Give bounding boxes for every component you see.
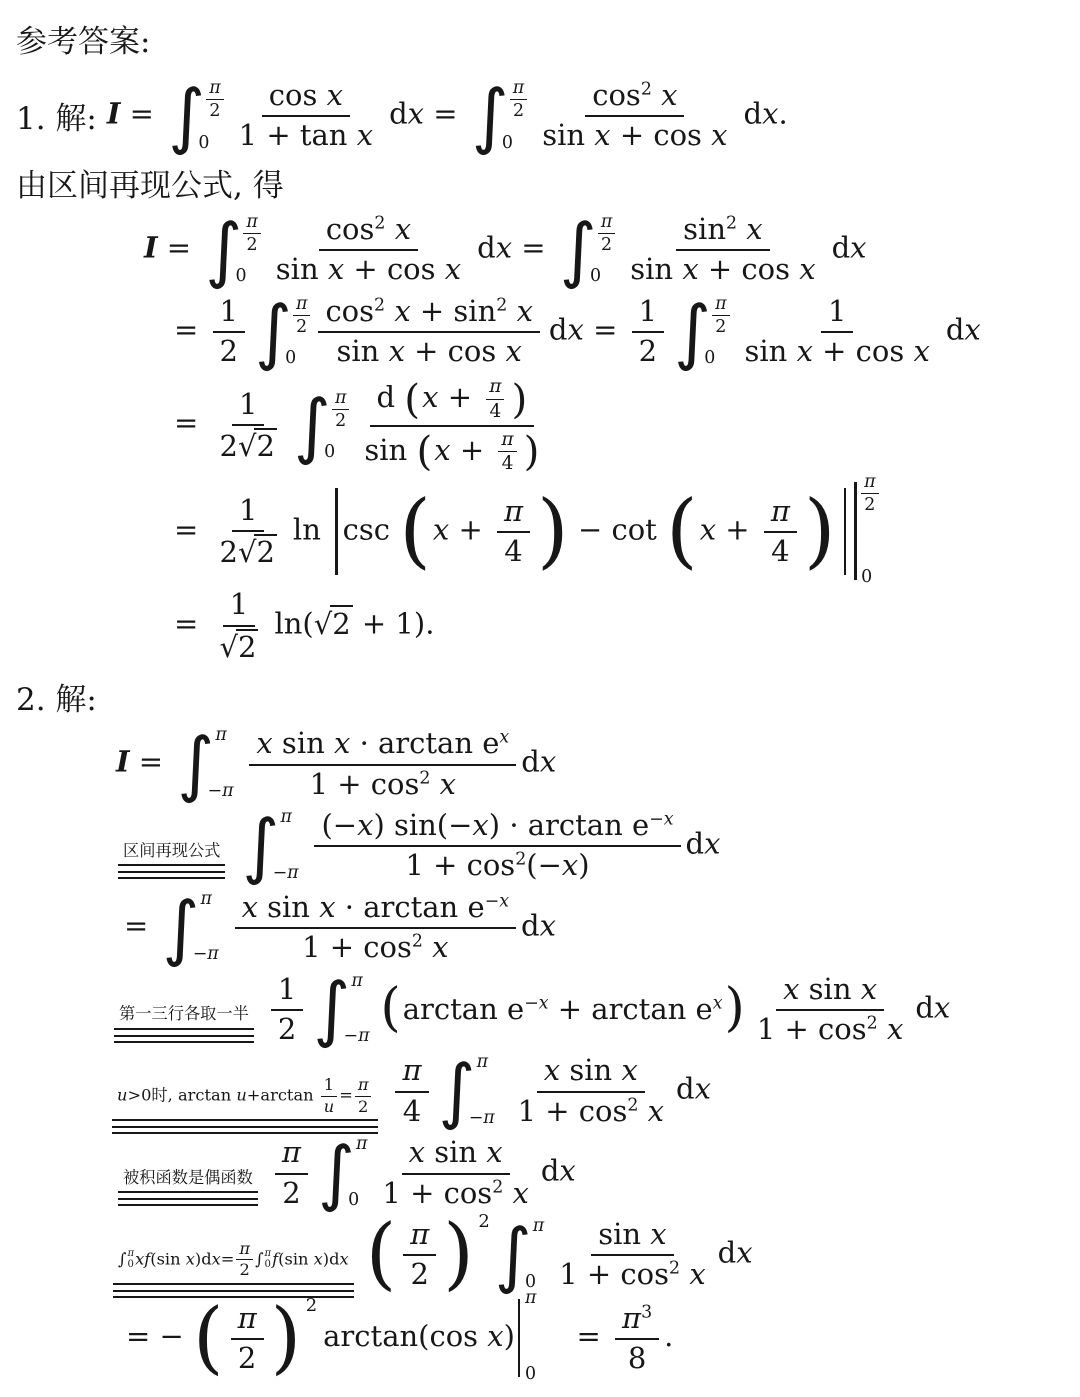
numerator: π xyxy=(275,1135,308,1174)
denominator: 1 + cos2 x xyxy=(552,1256,712,1291)
math-text xyxy=(638,1094,647,1128)
math-text: 2 xyxy=(515,850,526,870)
numerator: π xyxy=(293,294,310,316)
math-text: 2 xyxy=(238,630,256,664)
math-text: 2 xyxy=(639,334,657,368)
numerator: d (x + π4) xyxy=(370,375,535,427)
fraction: π2 xyxy=(403,1217,436,1292)
fraction: 1sin x + cos x xyxy=(738,294,937,369)
paren-group: (x + π4) xyxy=(416,429,539,475)
math-text: + cos xyxy=(813,334,914,368)
integral: ∫π−π xyxy=(439,1053,503,1128)
eq-row-d: = 12√2ln csc (x + π4) − cot (x + π4)π20 xyxy=(174,482,1064,581)
numerator: x sin x xyxy=(537,1053,645,1092)
math-text: sin xyxy=(683,212,726,246)
integral-limits: π0 xyxy=(533,1217,544,1292)
math-variable: x xyxy=(328,252,344,286)
math-text: 1 xyxy=(324,1075,334,1094)
math-text: . xyxy=(778,96,787,130)
fraction: π2 xyxy=(355,1076,372,1116)
math-text: = xyxy=(339,1086,353,1105)
fraction: x sin x · arctan e−x1 + cos2 x xyxy=(235,890,516,965)
fraction: π2 xyxy=(510,78,527,121)
math-text: + sin xyxy=(411,294,497,328)
math-variable: x xyxy=(664,809,674,829)
square-root: √2 xyxy=(238,428,277,463)
math-text: 2 xyxy=(492,1177,503,1197)
double-equals-line xyxy=(112,1126,378,1134)
eq-row-h: = ∫π−πx sin x · arctan e−x1 + cos2 xdx xyxy=(124,890,1064,965)
math-text: = xyxy=(174,406,208,440)
math-text: 0 xyxy=(265,1259,271,1270)
math-variable: x xyxy=(334,726,350,760)
math-variable: x xyxy=(432,930,448,964)
math-text xyxy=(507,294,516,328)
math-variable: x xyxy=(499,891,509,911)
powered-group: (π2)2 xyxy=(366,1217,490,1292)
radicand: 2 xyxy=(254,534,276,569)
math-text: 0 xyxy=(704,348,715,368)
math-text: arctan(cos xyxy=(323,1319,487,1353)
math-variable: x xyxy=(340,1249,349,1268)
upper-limit: π xyxy=(477,1053,503,1072)
math-text: + xyxy=(449,512,492,546)
math-text: 0 xyxy=(127,1259,133,1270)
math-text: 第一三行各取一半 xyxy=(119,1004,249,1023)
math-text: = − xyxy=(126,1319,193,1353)
numerator: π xyxy=(764,494,797,533)
math-text: 2 xyxy=(238,1341,256,1375)
open-paren: ( xyxy=(193,1310,224,1366)
math-text: 2 xyxy=(278,1012,296,1046)
power-base: (π2) xyxy=(193,1301,301,1376)
fraction: sin2 xsin x + cos x xyxy=(623,212,822,287)
fraction: π2 xyxy=(861,472,878,515)
eq-row-m: = − (π2)2arctan(cos x)π0 = π38. xyxy=(126,1299,1064,1377)
close-paren: ) xyxy=(804,502,836,560)
numerator: 1 xyxy=(232,387,264,426)
math-text xyxy=(878,1012,887,1046)
math-variable: π xyxy=(501,429,513,450)
group-content: π2 xyxy=(398,1217,441,1292)
math-variable: π xyxy=(222,781,233,801)
fraction: (−x) sin(−x) · arctan e−x1 + cos2(−x) xyxy=(314,808,680,883)
math-variable: x xyxy=(736,1235,752,1269)
math-text: 2 xyxy=(419,768,430,788)
math-variable: x xyxy=(472,808,488,842)
lower-limit: 0 xyxy=(590,267,607,286)
integral: ∫π20 xyxy=(674,294,729,369)
math-text: 1 + cos xyxy=(405,848,515,882)
math-variable: π xyxy=(238,1301,257,1335)
evaluation-bar: π0 xyxy=(518,1299,567,1377)
numerator: π xyxy=(231,1301,264,1340)
math-variable: x xyxy=(661,78,677,112)
math-text: 1 + cos xyxy=(757,1012,867,1046)
denominator: 2 xyxy=(598,234,615,255)
eq-row-k: 被积函数是偶函数π2∫π0x sin x1 + cos2 xdx xyxy=(118,1135,1064,1210)
math-variable: π xyxy=(246,212,257,232)
power-base: (π2) xyxy=(366,1217,474,1292)
group-content: x + π4 xyxy=(700,494,802,569)
integral: ∫π−π xyxy=(177,726,241,801)
fraction: x sin x · arctan ex1 + cos2 x xyxy=(249,726,516,801)
numerator: sin2 x xyxy=(676,212,770,251)
fraction: sin x1 + cos2 x xyxy=(552,1217,712,1292)
math-text: 1 xyxy=(639,294,657,328)
fraction: cos x1 + tan x xyxy=(232,78,380,153)
math-variable: x xyxy=(433,512,449,546)
numerator: π xyxy=(403,1217,436,1256)
math-variable: x xyxy=(256,726,272,760)
numerator: π xyxy=(355,1076,372,1097)
math-variable: x xyxy=(499,728,509,748)
math-text: +arctan xyxy=(247,1086,319,1105)
math-text: − xyxy=(524,993,539,1013)
powered-group: (π2)2 xyxy=(193,1301,317,1376)
upper-limit: π xyxy=(351,972,377,991)
group-content: π2 xyxy=(226,1301,269,1376)
math-text: 4 xyxy=(489,401,501,422)
math-text: d xyxy=(744,96,763,130)
integral: ∫π20 xyxy=(294,388,349,463)
numerator: cos2 x xyxy=(319,212,418,251)
integral: ∫π20 xyxy=(472,78,527,153)
math-text: 2 xyxy=(220,535,238,569)
superscript: 2 xyxy=(419,768,430,788)
numerator: π xyxy=(498,429,516,452)
math-text: 2 xyxy=(412,931,423,951)
math-text: 区间再现公式 xyxy=(123,841,220,860)
math-text xyxy=(652,78,661,112)
math-variable: x xyxy=(319,890,335,924)
square-root: √2 xyxy=(238,534,277,569)
superscript: 2 xyxy=(515,850,526,870)
fraction: cos2 xsin x + cos x xyxy=(535,78,734,153)
math-variable: x xyxy=(797,334,813,368)
math-text: 2 xyxy=(496,295,507,315)
math-variable: x xyxy=(539,993,549,1013)
math-text: cos xyxy=(325,294,374,328)
eq-row-g: 区间再现公式∫π−π(−x) sin(−x) · arctan e−x1 + c… xyxy=(118,808,1064,883)
math-text: + xyxy=(716,512,759,546)
denominator: 4 xyxy=(764,533,796,568)
math-text: d xyxy=(718,1235,737,1269)
math-variable: x xyxy=(544,1053,560,1087)
denominator: u xyxy=(321,1097,337,1117)
numerator: 1 xyxy=(213,294,245,333)
superscript: 2 xyxy=(412,931,423,951)
close-paren: ) xyxy=(511,385,527,414)
fraction: π2 xyxy=(598,212,615,255)
denominator: sin x + cos x xyxy=(269,251,468,286)
lower-limit: 0 xyxy=(285,349,302,368)
denominator: 2 xyxy=(712,316,729,337)
denominator: 2 xyxy=(861,494,878,515)
math-text: ) · arctan e xyxy=(489,808,649,842)
math-text xyxy=(385,212,394,246)
numerator: π xyxy=(486,376,504,399)
lower-limit: −π xyxy=(344,1027,370,1046)
math-text: 4 xyxy=(403,1094,421,1128)
double-equals-line xyxy=(118,1198,258,1206)
math-text: 2 xyxy=(641,79,652,99)
denominator: sin x + cos x xyxy=(623,251,822,286)
denominator: 2 xyxy=(231,1340,263,1375)
integral-limits: π0 xyxy=(356,1135,367,1210)
upper-limit: π2 xyxy=(332,388,349,431)
superscript: 2 xyxy=(492,1177,503,1197)
numerator: (−x) sin(−x) · arctan e−x xyxy=(314,808,680,847)
denominator: 1 + cos2 x xyxy=(295,929,455,964)
math-text: + xyxy=(451,433,494,467)
math-variable: π xyxy=(280,807,291,827)
math-text: = xyxy=(584,312,627,346)
math-text: − xyxy=(469,1108,484,1128)
math-variable: x xyxy=(713,993,723,1013)
math-text: sin xyxy=(745,334,797,368)
math-text: 2 xyxy=(411,1257,429,1291)
math-text: = xyxy=(120,96,163,130)
math-variable: π xyxy=(239,1239,250,1258)
math-text: 4 xyxy=(502,453,514,474)
math-variable: π xyxy=(601,212,612,232)
numerator: π xyxy=(395,1053,428,1092)
upper-limit: π2 xyxy=(598,212,615,255)
denominator: 4 xyxy=(486,400,504,422)
math-variable: x xyxy=(327,78,343,112)
integral-limits: π20 xyxy=(598,212,615,287)
fraction: x sin x1 + cos2 x xyxy=(511,1053,671,1128)
lower-limit: −π xyxy=(193,945,219,964)
math-text: + cos xyxy=(699,252,800,286)
close-paren: ) xyxy=(524,437,540,466)
integral: ∫π−π xyxy=(313,972,377,1047)
math-text: = xyxy=(567,1319,610,1353)
math-variable: x xyxy=(408,96,424,130)
math-variable: π xyxy=(771,494,790,528)
fraction: 1u xyxy=(321,1076,337,1116)
fraction: cos2 xsin x + cos x xyxy=(269,212,468,287)
math-variable: π xyxy=(483,1108,494,1128)
open-paren: ( xyxy=(366,1226,397,1282)
numerator: x sin x · arctan ex xyxy=(249,726,516,765)
paren-group: (arctan e−x + arctan ex) xyxy=(380,990,745,1028)
math-text: sin xyxy=(273,726,334,760)
close-paren: ) xyxy=(725,990,745,1028)
math-variable: π xyxy=(525,1288,536,1308)
integral-limits: π20 xyxy=(206,78,223,153)
fraction: π38 xyxy=(615,1301,659,1376)
math-variable: π xyxy=(351,971,362,991)
upper-limit: π2 xyxy=(712,294,729,337)
math-text: 2 xyxy=(358,1097,368,1116)
math-variable: x xyxy=(540,908,556,942)
radicand: 2 xyxy=(330,605,352,642)
superscript: x xyxy=(499,728,509,748)
math-variable: x xyxy=(445,252,461,286)
fraction: 12 xyxy=(632,294,664,369)
math-text: = xyxy=(174,512,208,546)
math-text: 2 xyxy=(867,1013,878,1033)
limits-stack: π0 xyxy=(265,1249,272,1270)
math-variable: x xyxy=(783,972,799,1006)
math-variable: x xyxy=(700,512,716,546)
math-variable: π xyxy=(215,725,226,745)
eq-row-j: u>0时, arctan u+arctan 1u=π2π4∫π−πx sin x… xyxy=(112,1053,1064,1128)
math-text: 2 xyxy=(256,429,274,463)
superscript: 2 xyxy=(867,1013,878,1033)
math-variable: π xyxy=(358,1075,369,1094)
fraction: d (x + π4)sin (x + π4) xyxy=(357,375,546,474)
math-text: 2 xyxy=(513,101,524,121)
math-variable: x xyxy=(559,1154,575,1188)
math-text: 0 xyxy=(348,1190,359,1210)
math-variable-bold: I xyxy=(144,230,158,264)
denominator: 4 xyxy=(497,533,529,568)
upper-limit: π2 xyxy=(243,212,260,255)
math-text: ln( xyxy=(274,607,313,641)
math-variable: x xyxy=(505,334,521,368)
math-text: + xyxy=(439,380,482,414)
math-text: 2 xyxy=(296,317,307,337)
open-paren: ( xyxy=(666,502,698,560)
math-variable: x xyxy=(512,1176,528,1210)
math-variable: x xyxy=(964,312,980,346)
problem-1-label: 1. 解: xyxy=(16,93,97,138)
math-text: (sin xyxy=(278,1249,313,1268)
math-variable: x xyxy=(650,1217,666,1251)
abs-bar xyxy=(335,488,338,575)
math-text: sin xyxy=(276,252,328,286)
abs-bar xyxy=(844,488,847,575)
math-text: ) sin(− xyxy=(373,808,472,842)
math-text: sin xyxy=(425,1135,486,1169)
eval-lower-limit: 0 xyxy=(525,1365,536,1384)
superscript: −x xyxy=(485,891,509,911)
math-variable: π xyxy=(265,1248,272,1259)
math-text: d xyxy=(915,990,934,1024)
math-text: 1 xyxy=(239,387,257,421)
math-text: 2 xyxy=(209,101,220,121)
lower-limit: −π xyxy=(469,1109,495,1128)
math-text: 2 xyxy=(282,1176,300,1210)
superscript: 2 xyxy=(374,213,385,233)
integral: ∫π20 xyxy=(255,294,310,369)
fraction: 12 xyxy=(271,972,303,1047)
denominator: 1 + tan x xyxy=(232,117,380,152)
math-text xyxy=(680,1257,689,1291)
math-text: 2 xyxy=(864,495,875,515)
math-variable: π xyxy=(477,1052,488,1072)
problem-1: 1. 解: I = ∫π20cos x1 + tan xdx = ∫π20cos… xyxy=(16,71,1064,160)
math-variable: π xyxy=(533,1216,544,1236)
numerator: x sin x xyxy=(776,972,884,1011)
equals-annotation: 第一三行各取一半 xyxy=(114,1004,254,1029)
integral-limits: π20 xyxy=(293,294,310,369)
document: 参考答案: 1. 解: I = ∫π20cos x1 + tan xdx = ∫… xyxy=(0,0,1080,1397)
math-text: 1 xyxy=(239,493,257,527)
integral-limits: π−π xyxy=(201,890,227,965)
math-variable: x xyxy=(135,1249,144,1268)
math-text: d xyxy=(377,380,405,414)
math-variable: x xyxy=(711,118,727,152)
denominator: sin x + cos x xyxy=(535,117,734,152)
paren-group: (π2) xyxy=(193,1301,301,1376)
fraction: 12 xyxy=(213,294,245,369)
math-variable: π xyxy=(356,1134,367,1154)
math-text: 2 xyxy=(240,1260,250,1279)
denominator: 1 + cos2 x xyxy=(303,766,463,801)
denominator: sin x + cos x xyxy=(330,333,529,368)
math-text: csc xyxy=(343,512,400,546)
fraction: π4 xyxy=(395,1053,428,1128)
math-text: − xyxy=(649,809,664,829)
math-variable: x xyxy=(394,294,410,328)
denominator: 2 xyxy=(510,100,527,121)
math-text: + cos xyxy=(611,118,712,152)
math-text: 0 xyxy=(590,266,601,286)
denominator: 8 xyxy=(621,1340,653,1375)
math-text: . xyxy=(664,1319,673,1353)
math-text: sin xyxy=(560,1053,621,1087)
math-text: 2 xyxy=(335,411,346,431)
math-variable: π xyxy=(335,388,346,408)
math-variable: x xyxy=(887,1012,903,1046)
math-variable: π xyxy=(127,1248,134,1259)
superscript: −x xyxy=(524,993,548,1013)
math-variable: x xyxy=(389,334,405,368)
math-variable: π xyxy=(489,376,501,397)
eval-bar-line xyxy=(854,482,857,581)
paren-group: (π2) xyxy=(366,1217,474,1292)
superscript: 2 xyxy=(726,213,737,233)
math-text xyxy=(737,212,746,246)
math-text: d xyxy=(389,96,408,130)
annotated-equals: u>0时, arctan u+arctan 1u=π2 xyxy=(112,1076,378,1134)
denominator: √2 xyxy=(213,627,266,664)
math-text: )d xyxy=(195,1249,212,1268)
math-text: (sin xyxy=(150,1249,185,1268)
denominator: 2 xyxy=(632,333,664,368)
math-variable: x xyxy=(487,1319,503,1353)
paren-group: (x + π4) xyxy=(666,494,836,569)
numerator: π xyxy=(332,388,349,410)
math-text: − cot xyxy=(569,512,666,546)
close-paren: ) xyxy=(537,502,569,560)
eq-row-l: ∫π0xf(sin x)dx=π2∫π0f(sin x)dx(π2)2∫π0si… xyxy=(113,1217,1064,1292)
math-variable: x xyxy=(440,767,456,801)
math-variable: x xyxy=(357,808,373,842)
lower-limit: 0 xyxy=(502,134,519,153)
math-text: 3 xyxy=(641,1302,652,1322)
group-content: x + π4 xyxy=(422,376,509,422)
superscript: −x xyxy=(649,809,673,829)
numerator: 1 xyxy=(232,493,264,532)
denominator: 1 + cos2 x xyxy=(375,1175,535,1210)
math-text: sin xyxy=(630,252,682,286)
superscript: 2 xyxy=(374,295,385,315)
eval-bar-line xyxy=(518,1299,521,1377)
fraction: π2 xyxy=(206,78,223,121)
denominator: 2 xyxy=(332,410,349,431)
math-text: 2 xyxy=(220,429,238,463)
math-text: = xyxy=(512,230,555,264)
math-text: 0 xyxy=(525,1364,536,1384)
denominator: 2 xyxy=(213,333,245,368)
integral: ∫π20 xyxy=(560,212,615,287)
math-variable-bold: I xyxy=(116,745,130,779)
